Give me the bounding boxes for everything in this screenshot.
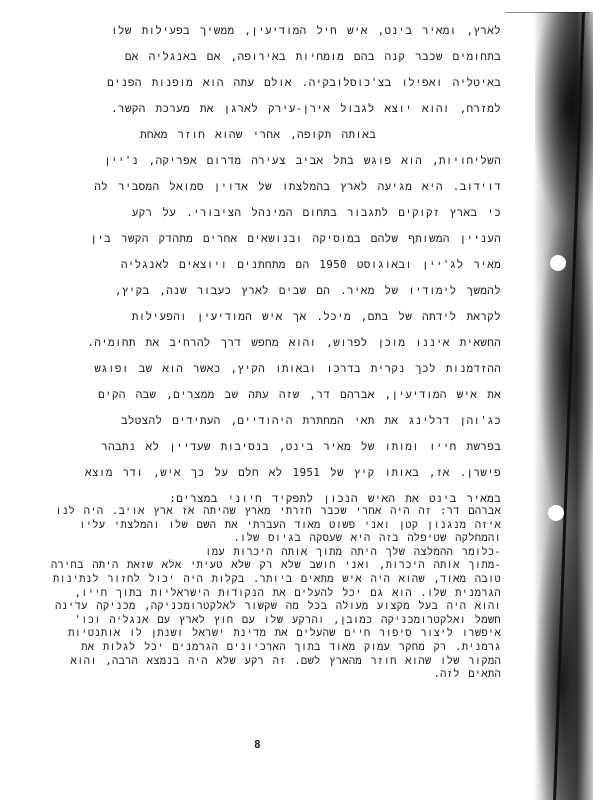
interview-line: איזה מנגנון קטן ואני פשוט מאוד העברתי את… <box>41 519 501 533</box>
narrative-line: פישרן. אז, באותו קיץ של 1951 לא חלם על כ… <box>46 460 501 486</box>
interview-line: חשמל ואלקטרומכניקה כמובן, והרקע שלו עם ח… <box>41 614 501 628</box>
punch-hole-top <box>550 255 566 271</box>
scanned-page: לארץ, ומאיר בינט, איש חיל המודיעין, ממשי… <box>0 0 593 800</box>
narrative-text: לארץ, ומאיר בינט, איש חיל המודיעין, ממשי… <box>46 18 501 512</box>
narrative-line: בתחומים שכבר קנה בהם מומחיות באירופה, אם… <box>46 44 501 70</box>
interview-line: -כלומר ההמלצה שלך היתה מתוך אותה היכרות … <box>41 546 501 560</box>
narrative-line: העניין המשותף שלהם במוסיקה ובנושאים אחרי… <box>46 226 501 252</box>
narrative-line: בפרשת חייו ומותו של מאיר בינט, בנסיבות ש… <box>46 434 501 460</box>
interview-line: המקור שלו שהוא חוזר מהארץ לשם. זה רקע של… <box>41 655 501 669</box>
narrative-line: כי בארץ זקוקים לתגבור בתחום המינהל הציבו… <box>46 200 501 226</box>
narrative-line: לארץ, ומאיר בינט, איש חיל המודיעין, ממשי… <box>46 18 501 44</box>
interview-line: והמחלקה שטיפלה בזה היא שעסקה בגיוס שלו. <box>41 532 501 546</box>
interview-line: איפשרו ליצור סיפור חיים שהעלים את מדינת … <box>41 627 501 641</box>
narrative-line: ההזדמנות לכך נקרית בדרכו ובאותו הקיץ, כא… <box>46 356 501 382</box>
interview-line: והוא היה בעל מקצוע מעולה בכל מה שקשור לא… <box>41 600 501 614</box>
narrative-line: דוידוב. היא מגיעה לארץ בהמלצתו של אדוין … <box>46 174 501 200</box>
narrative-line: באותה תקופה, אחרי שהוא חוזר מאחת <box>46 122 501 148</box>
interview-line: אברהם דר: זה היה אחרי שכבר חזרתי מארץ שה… <box>41 505 501 519</box>
page-number: 8 <box>254 738 261 751</box>
narrative-line: השליחויות, הוא פוגש בתל אביב צעירה מדרום… <box>46 148 501 174</box>
narrative-line: להמשך לימודיו של מאיר. הם שבים לארץ כעבו… <box>46 278 501 304</box>
narrative-line: באיטליה ואפילו בצ'כוסלובקיה. אולם עתה הו… <box>46 70 501 96</box>
interview-line: טובה מאוד, שהוא היה איש מתאים ביותר. בקל… <box>41 573 501 587</box>
narrative-line: החשאית איננו מוכן לפרוש, והוא מחפש דרך ל… <box>46 330 501 356</box>
narrative-line: מאיר לג'יין ובאוגוסט 1950 הם מתחתנים ויו… <box>46 252 501 278</box>
interview-line: התאים לזה. <box>41 668 501 682</box>
narrative-line: למזרח, והוא יוצא לגבול אירן-עירק לארגן א… <box>46 96 501 122</box>
narrative-line: כג'והן דרלינג את תאי המחתרת היהודיים, הע… <box>46 408 501 434</box>
scan-binding-shadow <box>535 12 593 800</box>
interview-line: גרמנית. רק מחקר עמוק מאוד בתוך הארכיונים… <box>41 641 501 655</box>
narrative-line: את איש המודיעין, אברהם דר, שזה עתה שב ממ… <box>46 382 501 408</box>
narrative-line: לקראת לידתה של בתם, מיכל. אך איש המודיעי… <box>46 304 501 330</box>
interview-transcript: אברהם דר: זה היה אחרי שכבר חזרתי מארץ שה… <box>41 505 501 682</box>
interview-line: -מתוך אותה היכרות, ואני חושב שלא רק שלא … <box>41 559 501 573</box>
interview-line: הגרמנית שלו. הוא גם יכל להעלים את הנקודו… <box>41 587 501 601</box>
punch-hole-bottom <box>548 505 564 521</box>
